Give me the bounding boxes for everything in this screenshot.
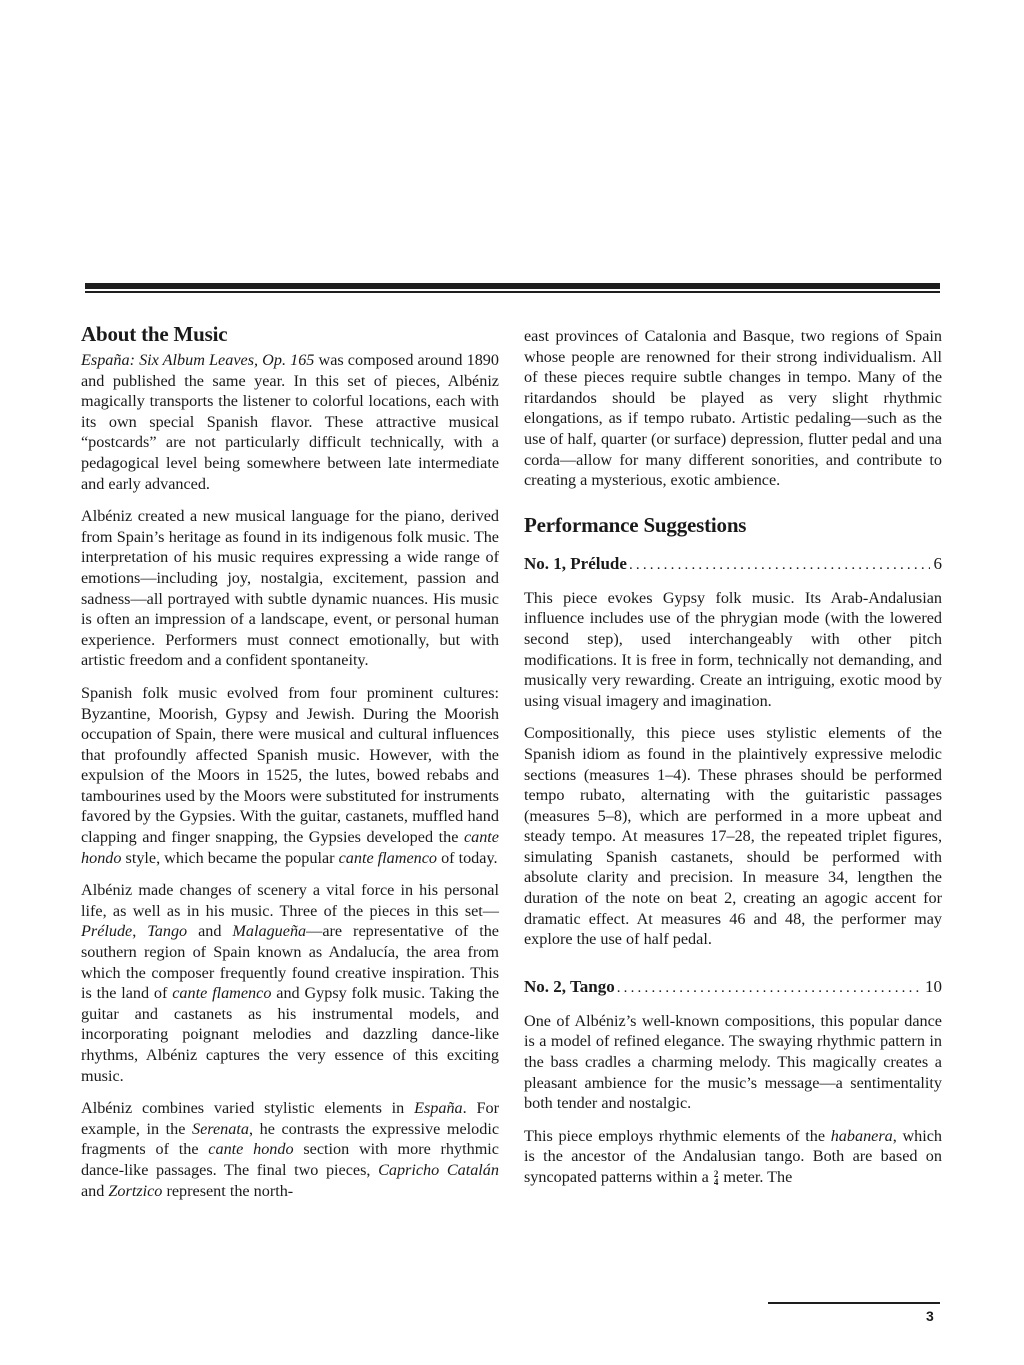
about-paragraph-3: Spanish folk music evolved from four pro…: [81, 683, 499, 868]
piece-page-number: 10: [925, 976, 942, 998]
toc-entry-tango: No. 2, Tango ...........................…: [524, 976, 942, 999]
performance-heading: Performance Suggestions: [524, 513, 942, 537]
about-paragraph-6: east provinces of Catalonia and Basque, …: [524, 326, 942, 491]
piece-title: No. 2, Tango: [524, 976, 615, 998]
leader-dots: ........................................…: [617, 977, 921, 999]
about-paragraph-1: España: Six Album Leaves, Op. 165 was co…: [81, 350, 499, 494]
left-column: About the Music España: Six Album Leaves…: [81, 322, 499, 1201]
about-paragraph-4: Albéniz made changes of scenery a vital …: [81, 880, 499, 1086]
leader-dots: ........................................…: [629, 554, 930, 576]
prelude-paragraph-1: This piece evokes Gypsy folk music. Its …: [524, 588, 942, 712]
right-column: east provinces of Catalonia and Basque, …: [524, 326, 942, 1188]
header-rule-thick: [85, 283, 940, 289]
toc-entry-prelude: No. 1, Prélude .........................…: [524, 553, 942, 576]
piece-title: No. 1, Prélude: [524, 553, 627, 575]
header-rule-thin: [85, 291, 940, 293]
about-paragraph-5: Albéniz combines varied stylistic elemen…: [81, 1098, 499, 1201]
about-paragraph-2: Albéniz created a new musical language f…: [81, 506, 499, 671]
tango-paragraph-1: One of Albéniz’s well-known compositions…: [524, 1011, 942, 1114]
tango-paragraph-2: This piece employs rhythmic elements of …: [524, 1126, 942, 1188]
piece-page-number: 6: [934, 553, 943, 575]
prelude-paragraph-2: Compositionally, this piece uses stylist…: [524, 723, 942, 950]
time-signature-icon: 24: [714, 1170, 719, 1186]
footer-rule: [768, 1302, 940, 1304]
about-heading: About the Music: [81, 322, 499, 346]
page-number: 3: [926, 1308, 934, 1324]
work-title: España: Six Album Leaves, Op. 165: [81, 351, 314, 369]
